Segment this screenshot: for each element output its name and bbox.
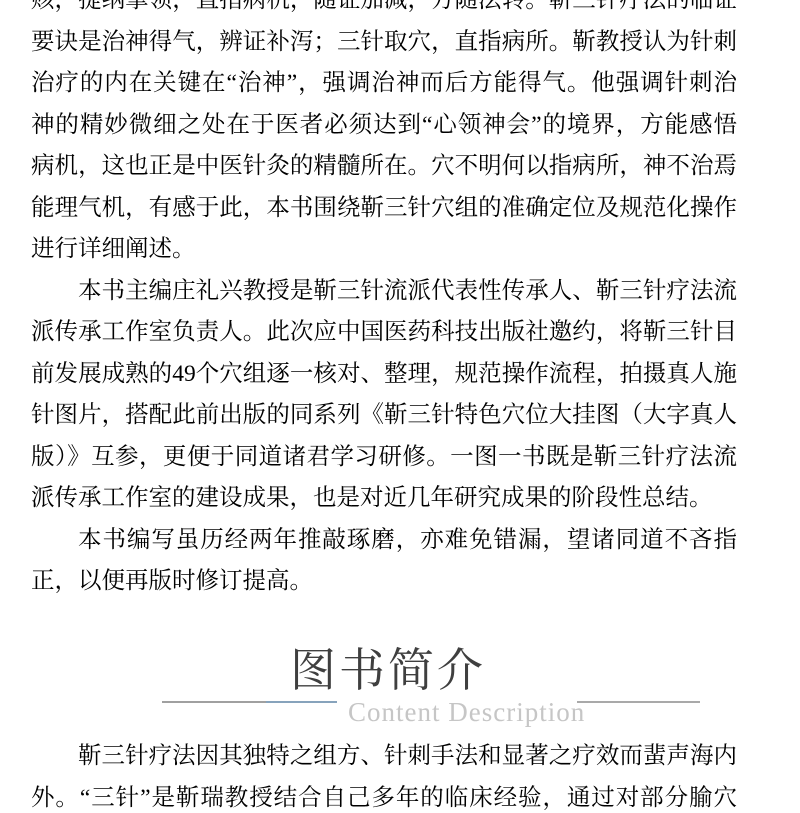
paragraph-line: 进行详细阐述。 [31, 229, 737, 271]
intro-text-block: 靳三针疗法因其独特之组方、针刺手法和显著之疗效而蜚声海内 外。“三针”是靳瑞教授… [31, 736, 737, 813]
paragraph-line: 治疗的内在关键在“治神”，强调治神而后方能得气。他强调针刺治 [31, 63, 737, 105]
body-text-block: 赅，提纲挈领，直指病机，随证加减，方随法转。靳三针疗法的临证 要诀是治神得气，辨… [31, 0, 737, 603]
paragraph-line: 派传承工作室负责人。此次应中国医药科技出版社邀约，将靳三针目 [31, 312, 737, 354]
paragraph-line: 前发展成熟的49个穴组逐一核对、整理，规范操作流程，拍摄真人施 [31, 354, 737, 396]
paragraph-line: 本书编写虽历经两年推敲琢磨，亦难免错漏，望诸同道不吝指 [31, 520, 737, 562]
section-subtitle: Content Description [348, 696, 585, 728]
paragraph-line: 要诀是治神得气，辨证补泻；三针取穴，直指病所。靳教授认为针刺 [31, 22, 737, 64]
divider-line-left [162, 701, 266, 703]
divider-line-accent [266, 701, 337, 703]
paragraph-line: 本书主编庄礼兴教授是靳三针流派代表性传承人、靳三针疗法流 [31, 271, 737, 313]
paragraph-line: 版）》互参，更便于同道诸君学习研修。一图一书既是靳三针疗法流 [31, 437, 737, 479]
paragraph-line: 派传承工作室的建设成果，也是对近几年研究成果的阶段性总结。 [31, 478, 737, 520]
divider-line-right [577, 701, 700, 703]
paragraph-line: 神的精妙微细之处在于医者必须达到“心领神会”的境界，方能感悟 [31, 105, 737, 147]
book-description-page: 赅，提纲挈领，直指病机，随证加减，方随法转。靳三针疗法的临证 要诀是治神得气，辨… [0, 0, 800, 813]
paragraph-line: 病机，这也正是中医针灸的精髓所在。穴不明何以指病所，神不治焉 [31, 146, 737, 188]
paragraph-line: 外。“三针”是靳瑞教授结合自己多年的临床经验，通过对部分腧穴 [31, 778, 737, 813]
paragraph-line: 靳三针疗法因其独特之组方、针刺手法和显著之疗效而蜚声海内 [31, 736, 737, 778]
paragraph-line: 能理气机，有感于此，本书围绕靳三针穴组的准确定位及规范化操作 [31, 188, 737, 230]
paragraph-line: 正，以便再版时修订提高。 [31, 561, 737, 603]
section-title: 图书简介 [0, 644, 788, 696]
paragraph-line: 赅，提纲挈领，直指病机，随证加减，方随法转。靳三针疗法的临证 [31, 0, 737, 22]
paragraph-line: 针图片，搭配此前出版的同系列《靳三针特色穴位大挂图（大字真人 [31, 395, 737, 437]
